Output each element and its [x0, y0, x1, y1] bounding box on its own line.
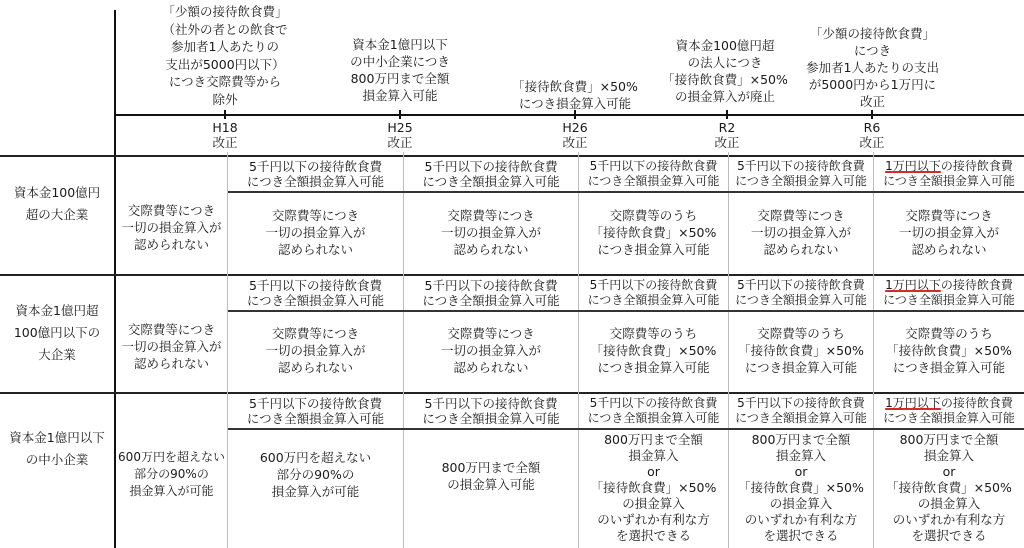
- cell-top-h26: 5千円以下の接待飲食費 につき全額損金算入可能: [579, 159, 728, 189]
- cell-pre-h18: 交際費等につき 一切の損金算入が 認められない: [116, 202, 227, 253]
- era-h25: H25 改正: [370, 120, 430, 150]
- cell-top-r6: 1万円以下の接待飲食費 につき全額損金算入可能: [874, 159, 1024, 189]
- tick-r6: [871, 110, 873, 119]
- row-border-1: [0, 274, 1024, 276]
- cell-main-h26: 交際費等のうち 「接待飲食費」×50% につき損金算入可能: [579, 325, 728, 376]
- row-border-2: [0, 392, 1024, 394]
- cell-main-h25: 800万円まで全額 の損金算入可能: [404, 459, 578, 493]
- cell-main-r2: 交際費等につき 一切の損金算入が 認められない: [729, 207, 873, 258]
- event-h26: 「接待飲食費」×50% につき損金算入可能: [500, 78, 650, 112]
- cell-pre-h18: 600万円を超えない 部分の90%の 損金算入が可能: [116, 449, 227, 500]
- cell-top-r6: 1万円以下の接待飲食費 につき全額損金算入可能: [874, 278, 1024, 308]
- highlight-1man: 1万円以下: [885, 159, 941, 173]
- cell-top-r2: 5千円以下の接待飲食費 につき全額損金算入可能: [729, 278, 873, 308]
- cell-main-r6: 交際費等につき 一切の損金算入が 認められない: [874, 207, 1024, 258]
- cell-top-h26: 5千円以下の接待飲食費 につき全額損金算入可能: [579, 278, 728, 308]
- cell-top-r2: 5千円以下の接待飲食費 につき全額損金算入可能: [729, 396, 873, 426]
- cell-top-h25: 5千円以下の接待飲食費 につき全額損金算入可能: [404, 159, 578, 189]
- subrow-line-3: [228, 428, 1024, 430]
- era-r6: R6 改正: [842, 120, 902, 150]
- row-label-sme: 資本金1億円以下 の中小企業: [0, 427, 114, 471]
- row-label-large-100oku: 資本金100億円 超の大企業: [0, 182, 114, 226]
- era-h18: H18 改正: [195, 120, 255, 150]
- event-h25: 資本金1億円以下 の中小企業につき 800万円まで全額 損金算入可能: [335, 36, 465, 104]
- cell-main-h25: 交際費等につき 一切の損金算入が 認められない: [404, 207, 578, 258]
- subrow-line-1: [228, 191, 1024, 193]
- subrow-line-2: [228, 310, 1024, 312]
- cell-main-h26: 800万円まで全額 損金算入 or 「接待飲食費」×50% の損金算入 のいずれ…: [579, 432, 728, 544]
- cell-main-r2: 交際費等のうち 「接待飲食費」×50% につき損金算入可能: [729, 325, 873, 376]
- cell-main-h18: 交際費等につき 一切の損金算入が 認められない: [228, 325, 403, 376]
- event-r6: 「少額の接待飲食費」 につき 参加者1人あたりの支出 が5000円から1万円に …: [800, 25, 945, 110]
- tick-h25: [399, 110, 401, 119]
- cell-top-h25: 5千円以下の接待飲食費 につき全額損金算入可能: [404, 396, 578, 426]
- highlight-1man: 1万円以下: [885, 278, 941, 292]
- cell-top-h18: 5千円以下の接待飲食費 につき全額損金算入可能: [228, 159, 403, 189]
- cell-top-h25: 5千円以下の接待飲食費 につき全額損金算入可能: [404, 278, 578, 308]
- event-h18: 「少額の接待飲食費」 （社外の者との飲食で 参加者1人あたりの 支出が5000円…: [140, 3, 310, 108]
- era-r2: R2 改正: [697, 120, 757, 150]
- tick-r2: [726, 110, 728, 119]
- cell-main-h18: 交際費等につき 一切の損金算入が 認められない: [228, 207, 403, 258]
- cell-main-h25: 交際費等につき 一切の損金算入が 認められない: [404, 325, 578, 376]
- cell-main-r6: 800万円まで全額 損金算入 or 「接待飲食費」×50% の損金算入 のいずれ…: [874, 432, 1024, 544]
- cell-main-h26: 交際費等のうち 「接待飲食費」×50% につき損金算入可能: [579, 207, 728, 258]
- cell-main-r2: 800万円まで全額 損金算入 or 「接待飲食費」×50% の損金算入 のいずれ…: [729, 432, 873, 544]
- cell-top-h26: 5千円以下の接待飲食費 につき全額損金算入可能: [579, 396, 728, 426]
- row-label-large-1oku: 資本金1億円超 100億円以下の 大企業: [0, 300, 114, 366]
- tick-h18: [224, 110, 226, 119]
- era-h26: H26 改正: [545, 120, 605, 150]
- cell-top-h18: 5千円以下の接待飲食費 につき全額損金算入可能: [228, 278, 403, 308]
- timeline-axis: [115, 114, 1024, 116]
- cell-top-r6: 1万円以下の接待飲食費 につき全額損金算入可能: [874, 396, 1024, 426]
- cell-main-h18: 600万円を超えない 部分の90%の 損金算入が可能: [228, 449, 403, 500]
- cell-top-h18: 5千円以下の接待飲食費 につき全額損金算入可能: [228, 396, 403, 426]
- cell-main-r6: 交際費等のうち 「接待飲食費」×50% につき損金算入可能: [874, 325, 1024, 376]
- event-r2: 資本金100億円超 の法人につき 「接待飲食費」×50% の損金算入が廃止: [655, 37, 795, 105]
- table-top-border: [0, 155, 1024, 157]
- cell-pre-h18: 交際費等につき 一切の損金算入が 認められない: [116, 321, 227, 372]
- highlight-1man: 1万円以下: [885, 396, 941, 410]
- cell-top-r2: 5千円以下の接待飲食費 につき全額損金算入可能: [729, 159, 873, 189]
